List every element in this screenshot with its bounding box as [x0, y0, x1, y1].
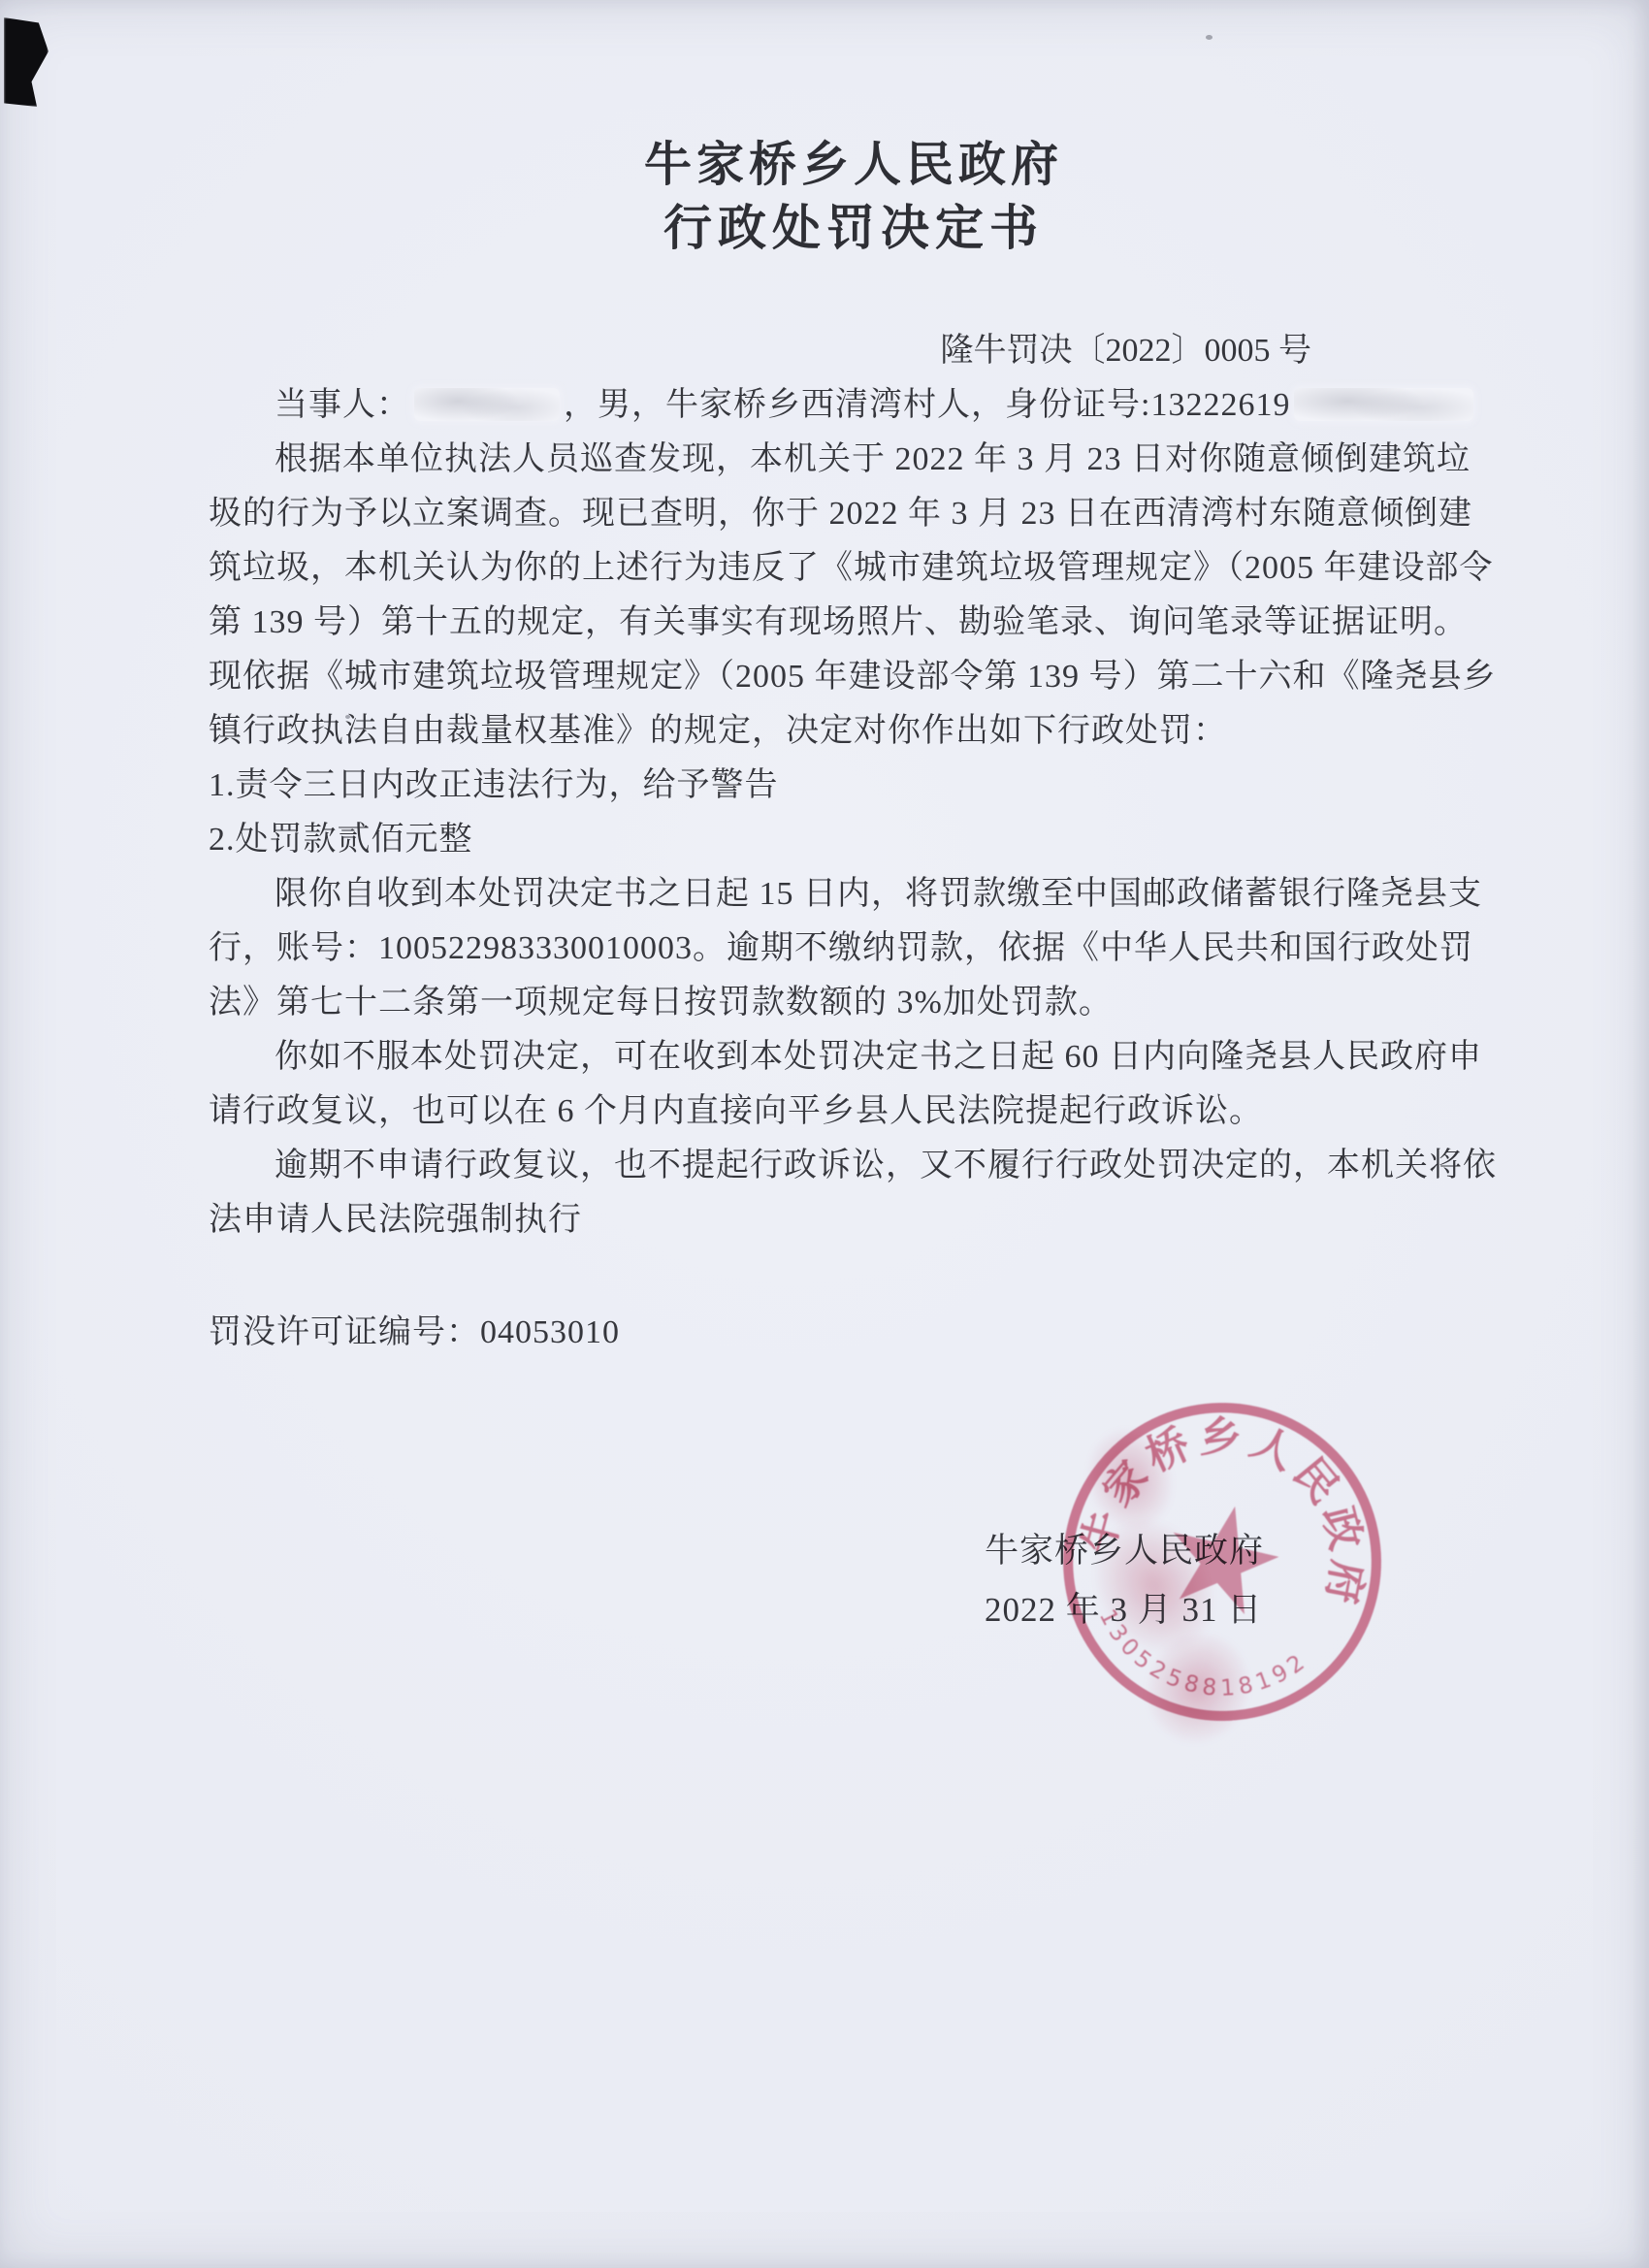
official-seal: 牛家桥乡人民政府 1305258818192	[1022, 1362, 1423, 1763]
party-label: 当事人：	[275, 387, 410, 423]
document-content: 牛家桥乡人民政府 行政处罚决定书 隆牛罚决〔2022〕0005 号 当事人：，男…	[209, 134, 1499, 1360]
paragraph-enforcement: 逾期不申请行政复议，也不提起行政诉讼，又不履行行政处罚决定的，本机关将依法申请人…	[209, 1139, 1499, 1247]
scan-artifact-corner	[4, 17, 48, 107]
document-number: 隆牛罚决〔2022〕0005 号	[209, 324, 1499, 378]
document-body: 当事人：，男，牛家桥乡西清湾村人，身份证号:13222619 根据本单位执法人员…	[209, 378, 1499, 1360]
document-title: 行政处罚决定书	[209, 196, 1499, 260]
scan-speck	[1206, 35, 1212, 40]
seal-star-icon	[1159, 1494, 1288, 1619]
redacted-id-number	[1294, 388, 1473, 421]
scanned-document-page: 牛家桥乡人民政府 行政处罚决定书 隆牛罚决〔2022〕0005 号 当事人：，男…	[0, 0, 1649, 2268]
license-number-line: 罚没许可证编号：04053010	[209, 1306, 1499, 1360]
paragraph-payment: 限你自收到本处罚决定书之日起 15 日内，将罚款缴至中国邮政储蓄银行隆尧县支行，…	[209, 867, 1499, 1030]
paragraph-appeal: 你如不服本处罚决定，可在收到本处罚决定书之日起 60 日内向隆尧县人民政府申请行…	[209, 1030, 1499, 1139]
document-org-title: 牛家桥乡人民政府	[209, 134, 1499, 196]
penalty-item-2: 2.处罚款贰佰元整	[209, 813, 1499, 867]
party-line: 当事人：，男，牛家桥乡西清湾村人，身份证号:13222619	[209, 378, 1499, 433]
paragraph-investigation: 根据本单位执法人员巡查发现，本机关于 2022 年 3 月 23 日对你随意倾倒…	[209, 433, 1499, 759]
party-details: ，男，牛家桥乡西清湾村人，身份证号:13222619	[564, 387, 1290, 423]
penalty-item-1: 1.责令三日内改正违法行为，给予警告	[209, 759, 1499, 813]
redacted-name	[414, 388, 560, 421]
